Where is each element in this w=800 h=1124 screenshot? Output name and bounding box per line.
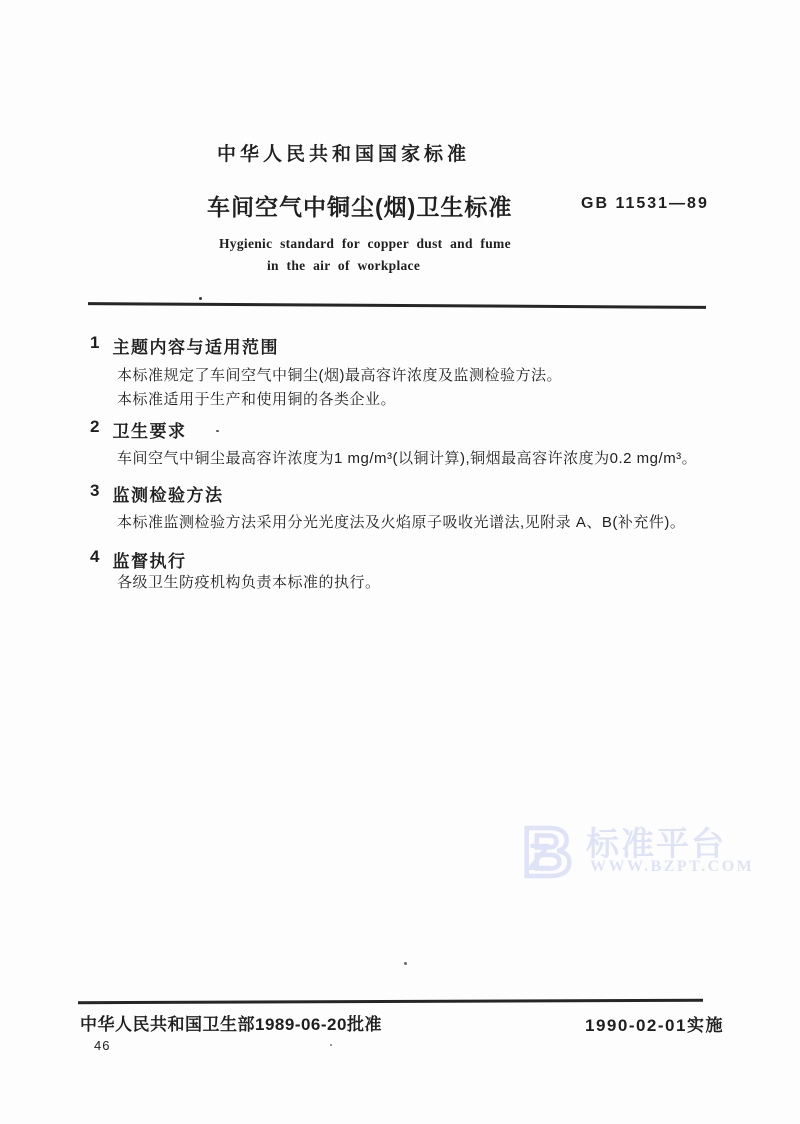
page-number: 46 (94, 1038, 110, 1053)
section-1-paragraph-1: 本标准规定了车间空气中铜尘(烟)最高容许浓度及监测检验方法。 (117, 364, 562, 385)
section-number: 3 (90, 481, 99, 506)
document-page: 中华人民共和国国家标准 车间空气中铜尘(烟)卫生标准 GB 11531—89 H… (0, 0, 800, 1124)
implementation-note: 1990-02-01实施 (585, 1011, 724, 1036)
watermark-site-name: 标准平台 (586, 818, 726, 865)
section-1-paragraph-2: 本标准适用于生产和使用铜的各类企业。 (117, 388, 396, 409)
section-title: 监督执行 (112, 547, 186, 572)
section-title: 监测检验方法 (112, 481, 223, 506)
document-title-cn: 车间空气中铜尘(烟)卫生标准 (207, 189, 512, 222)
section-heading-2: 2 卫生要求 (90, 417, 186, 442)
watermark: B Z 标准平台 WWW.BZPT.COM (518, 812, 748, 892)
national-standard-label: 中华人民共和国国家标准 (217, 139, 470, 166)
section-number: 4 (90, 547, 99, 572)
section-2-paragraph-1: 车间空气中铜尘最高容许浓度为1 mg/m³(以铜计算),铜烟最高容许浓度为0.2… (117, 447, 697, 468)
standard-number: GB 11531—89 (581, 195, 709, 213)
scan-speck (330, 1044, 332, 1046)
scan-speck (404, 962, 407, 965)
watermark-site-url: WWW.BZPT.COM (590, 858, 754, 876)
document-title-en-line2: in the air of workplace (267, 258, 420, 274)
footer-divider (78, 999, 703, 1004)
section-number: 1 (90, 333, 99, 358)
header-divider (88, 302, 706, 309)
section-title: 主题内容与适用范围 (112, 333, 279, 358)
scan-speck (216, 430, 219, 432)
section-heading-1: 1 主题内容与适用范围 (90, 333, 279, 358)
svg-text:B: B (522, 816, 573, 886)
svg-text:Z: Z (528, 837, 551, 879)
bzpt-logo-icon: B Z (520, 816, 584, 886)
section-title: 卫生要求 (112, 417, 186, 442)
section-4-paragraph-1: 各级卫生防疫机构负责本标准的执行。 (117, 571, 381, 592)
section-number: 2 (90, 417, 99, 442)
section-heading-3: 3 监测检验方法 (90, 481, 223, 506)
section-3-paragraph-1: 本标准监测检验方法采用分光光度法及火焰原子吸收光谱法,见附录 A、B(补充件)。 (117, 511, 685, 532)
document-title-en-line1: Hygienic standard for copper dust and fu… (219, 236, 511, 252)
approval-note: 中华人民共和国卫生部1989-06-20批准 (80, 1010, 382, 1035)
scan-speck (199, 297, 202, 300)
section-heading-4: 4 监督执行 (90, 547, 186, 572)
